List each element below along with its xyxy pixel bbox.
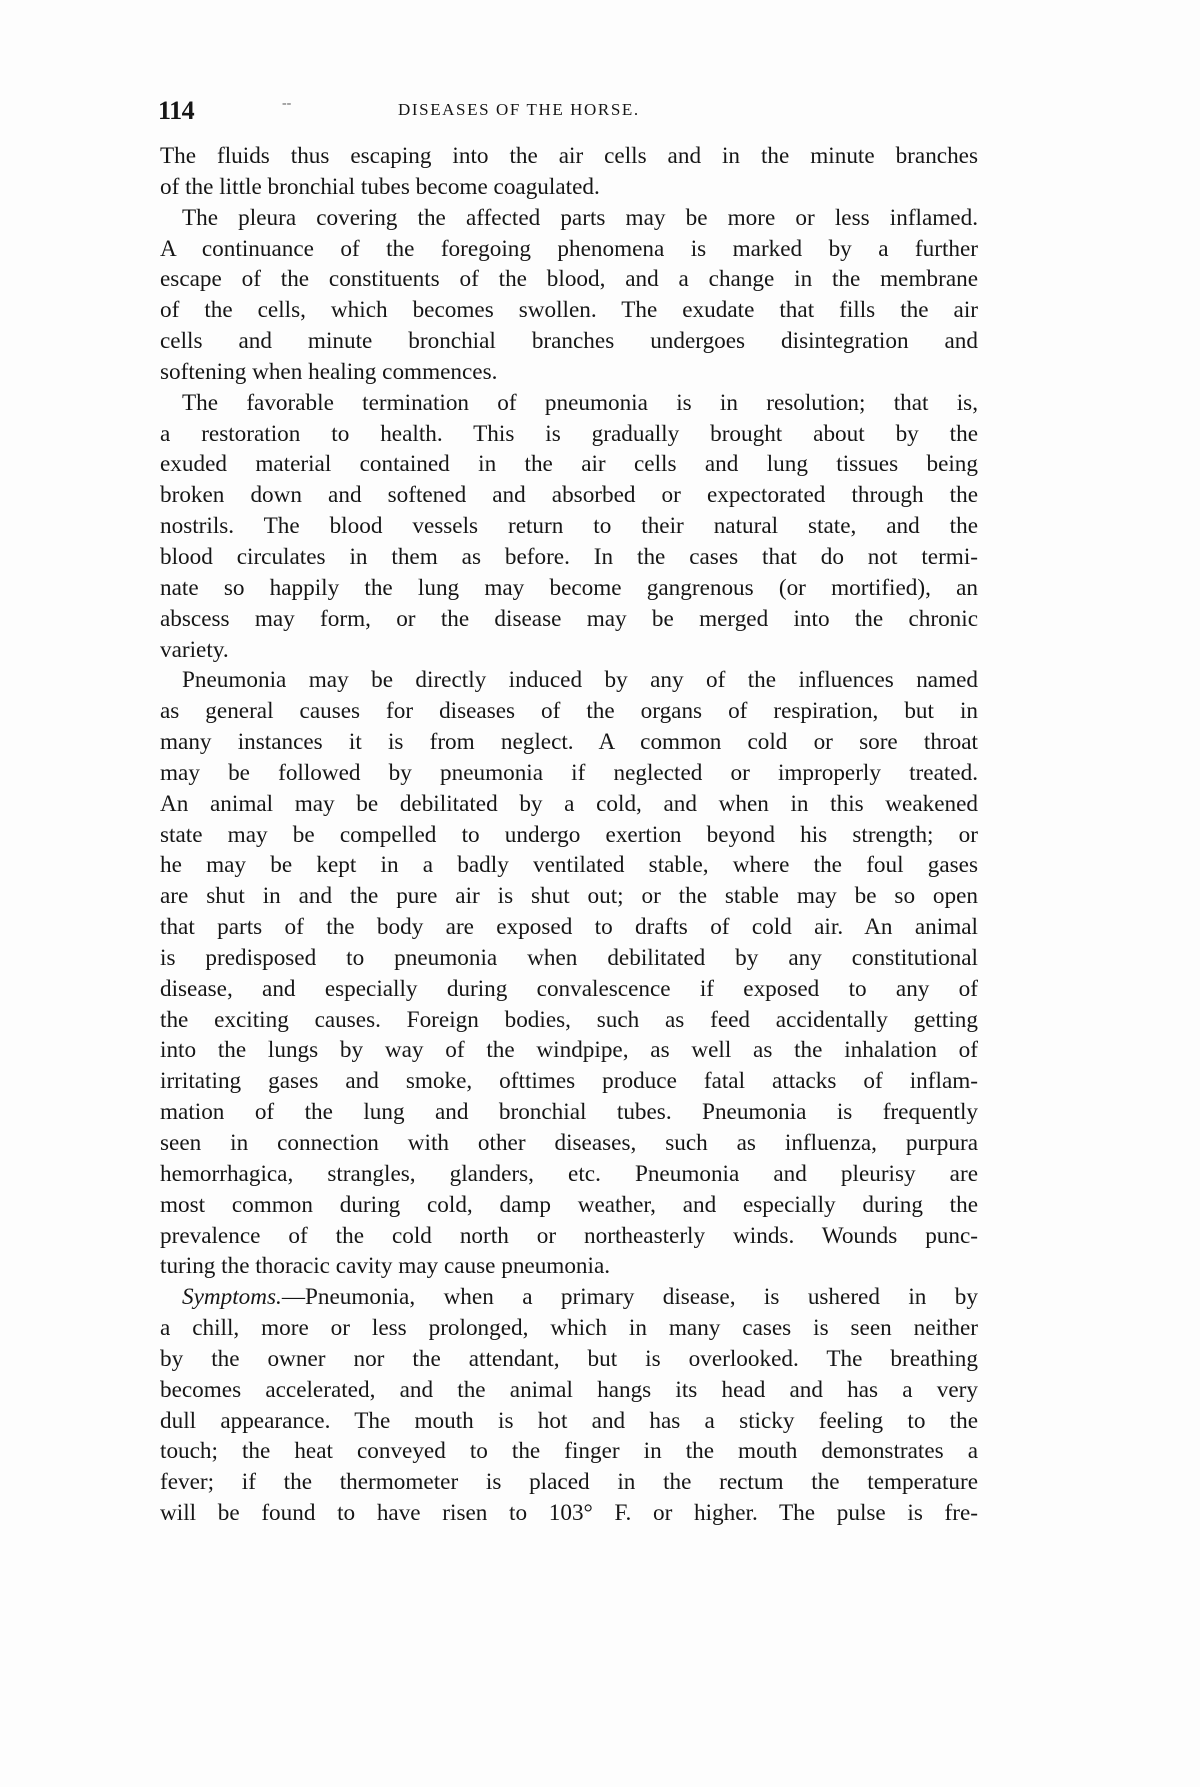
text-line: prevalence of the cold north or northeas… bbox=[160, 1221, 978, 1252]
text-line: are shut in and the pure air is shut out… bbox=[160, 881, 978, 912]
text-line: fever; if the thermometer is placed in t… bbox=[160, 1467, 978, 1498]
text-line: the exciting causes. Foreign bodies, suc… bbox=[160, 1005, 978, 1036]
paragraph: Pneumonia may be directly induced by any… bbox=[160, 665, 978, 1282]
text-line: cells and minute bronchial branches unde… bbox=[160, 326, 978, 357]
text-line: of the little bronchial tubes become coa… bbox=[160, 172, 978, 203]
text-line: he may be kept in a badly ventilated sta… bbox=[160, 850, 978, 881]
text-line: may be followed by pneumonia if neglecte… bbox=[160, 758, 978, 789]
text-line: escape of the constituents of the blood,… bbox=[160, 264, 978, 295]
header-mark: -- bbox=[282, 96, 291, 112]
text-line: by the owner nor the attendant, but is o… bbox=[160, 1344, 978, 1375]
text-line: The pleura covering the affected parts m… bbox=[160, 203, 978, 234]
text-line: that parts of the body are exposed to dr… bbox=[160, 912, 978, 943]
paragraph: The favorable termination of pneumonia i… bbox=[160, 388, 978, 666]
text-line: seen in connection with other diseases, … bbox=[160, 1128, 978, 1159]
paragraph: The fluids thus escaping into the air ce… bbox=[160, 141, 978, 203]
text-line: nostrils. The blood vessels return to th… bbox=[160, 511, 978, 542]
text-line: is predisposed to pneumonia when debilit… bbox=[160, 943, 978, 974]
text-line: dull appearance. The mouth is hot and ha… bbox=[160, 1406, 978, 1437]
text-line: exuded material contained in the air cel… bbox=[160, 449, 978, 480]
text-line: variety. bbox=[160, 635, 978, 666]
text-line-rest: —Pneumonia, when a primary disease, is u… bbox=[282, 1284, 978, 1310]
text-line: a chill, more or less prolonged, which i… bbox=[160, 1313, 978, 1344]
section-lead: Symptoms. bbox=[182, 1284, 282, 1310]
text-line: turing the thoracic cavity may cause pne… bbox=[160, 1251, 978, 1282]
text-line: nate so happily the lung may become gang… bbox=[160, 573, 978, 604]
paragraph-symptoms: Symptoms.—Pneumonia, when a primary dise… bbox=[160, 1282, 978, 1529]
text-line: irritating gases and smoke, ofttimes pro… bbox=[160, 1066, 978, 1097]
text-line: state may be compelled to undergo exerti… bbox=[160, 820, 978, 851]
text-line: softening when healing commences. bbox=[160, 357, 978, 388]
text-line: blood circulates in them as before. In t… bbox=[160, 542, 978, 573]
text-line: into the lungs by way of the windpipe, a… bbox=[160, 1035, 978, 1066]
text-line: hemorrhagica, strangles, glanders, etc. … bbox=[160, 1159, 978, 1190]
text-line: disease, and especially during convalesc… bbox=[160, 974, 978, 1005]
text-line: most common during cold, damp weather, a… bbox=[160, 1190, 978, 1221]
body-text: The fluids thus escaping into the air ce… bbox=[160, 141, 978, 1529]
text-line: many instances it is from neglect. A com… bbox=[160, 727, 978, 758]
text-line: mation of the lung and bronchial tubes. … bbox=[160, 1097, 978, 1128]
book-page: 114 -- DISEASES OF THE HORSE. The fluids… bbox=[0, 0, 1200, 1787]
text-line: Symptoms.—Pneumonia, when a primary dise… bbox=[160, 1282, 978, 1313]
text-line: of the cells, which becomes swollen. The… bbox=[160, 295, 978, 326]
page-number: 114 bbox=[158, 96, 194, 126]
text-line: broken down and softened and absorbed or… bbox=[160, 480, 978, 511]
text-line: a restoration to health. This is gradual… bbox=[160, 419, 978, 450]
text-line: becomes accelerated, and the animal hang… bbox=[160, 1375, 978, 1406]
text-line: The fluids thus escaping into the air ce… bbox=[160, 141, 978, 172]
text-line: Pneumonia may be directly induced by any… bbox=[160, 665, 978, 696]
text-line: will be found to have risen to 103° F. o… bbox=[160, 1498, 978, 1529]
text-line: An animal may be debilitated by a cold, … bbox=[160, 789, 978, 820]
text-line: touch; the heat conveyed to the finger i… bbox=[160, 1436, 978, 1467]
paragraph: The pleura covering the affected parts m… bbox=[160, 203, 978, 388]
text-line: as general causes for diseases of the or… bbox=[160, 696, 978, 727]
text-line: The favorable termination of pneumonia i… bbox=[160, 388, 978, 419]
text-line: abscess may form, or the disease may be … bbox=[160, 604, 978, 635]
text-line: A continuance of the foregoing phenomena… bbox=[160, 234, 978, 265]
running-title: DISEASES OF THE HORSE. bbox=[398, 100, 640, 120]
page-header: 114 -- DISEASES OF THE HORSE. bbox=[158, 96, 978, 130]
